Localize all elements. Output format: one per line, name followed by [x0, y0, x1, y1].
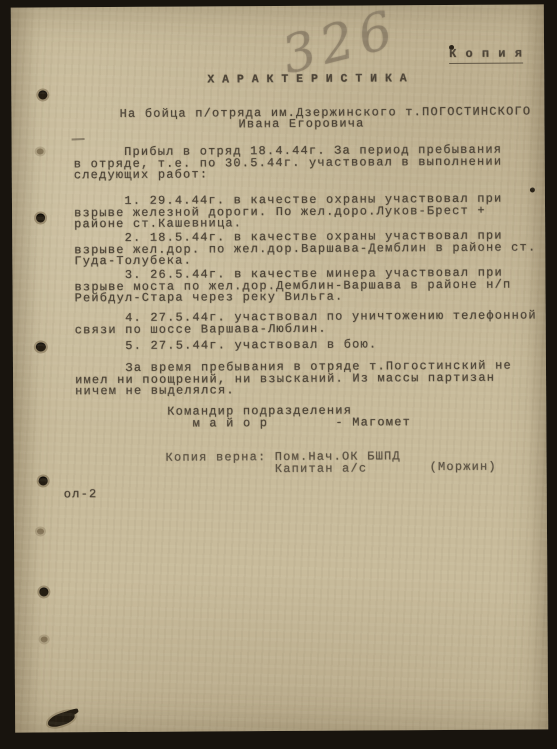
- list-item: 2. 18.5.44г. в качестве охраны участвова…: [74, 230, 554, 267]
- punch-hole: [41, 636, 48, 642]
- punch-hole: [37, 148, 44, 154]
- signature-block: Командир подразделения м а й о р - Магом…: [167, 405, 507, 430]
- punch-hole: [38, 90, 47, 99]
- list-item: 4. 27.5.44г. участвовал по уничтожению т…: [75, 310, 555, 336]
- list-item: 3. 26.5.44г. в качестве минера участвова…: [74, 267, 554, 304]
- subject-line: Ивана Егоровича: [238, 118, 364, 130]
- intro-paragraph: Прибыл в отряд 18.4.44г. За период пребы…: [74, 144, 549, 181]
- list-item: 5. 27.5.44г. участвовал в бою.: [75, 338, 555, 352]
- punch-hole: [39, 587, 48, 596]
- scanned-document: 326 К о п и я Х А Р А К Т Е Р И С Т И К …: [0, 0, 557, 749]
- certifier-name: (Моржин): [430, 462, 497, 474]
- punch-hole: [37, 528, 44, 534]
- pencil-mark: [72, 138, 85, 141]
- tear-mark: [46, 709, 76, 729]
- certification-block: Копия верна: Пом.Нач.ОК БШПД Капитан а/с: [166, 451, 466, 476]
- punch-hole: [39, 476, 48, 485]
- footer-mark: ол-2: [64, 489, 98, 501]
- document-title: Х А Р А К Т Е Р И С Т И К А: [57, 72, 557, 87]
- copy-label: К о п и я: [449, 49, 523, 64]
- ink-speck: [530, 187, 535, 192]
- punch-hole: [36, 342, 46, 351]
- list-item: 1. 29.4.44г. в качестве охраны участвова…: [74, 193, 554, 230]
- assessment-paragraph: За время пребывания в отряде т.Погостинс…: [75, 360, 555, 397]
- punch-hole: [36, 213, 45, 222]
- document-page: 326 К о п и я Х А Р А К Т Е Р И С Т И К …: [11, 4, 548, 732]
